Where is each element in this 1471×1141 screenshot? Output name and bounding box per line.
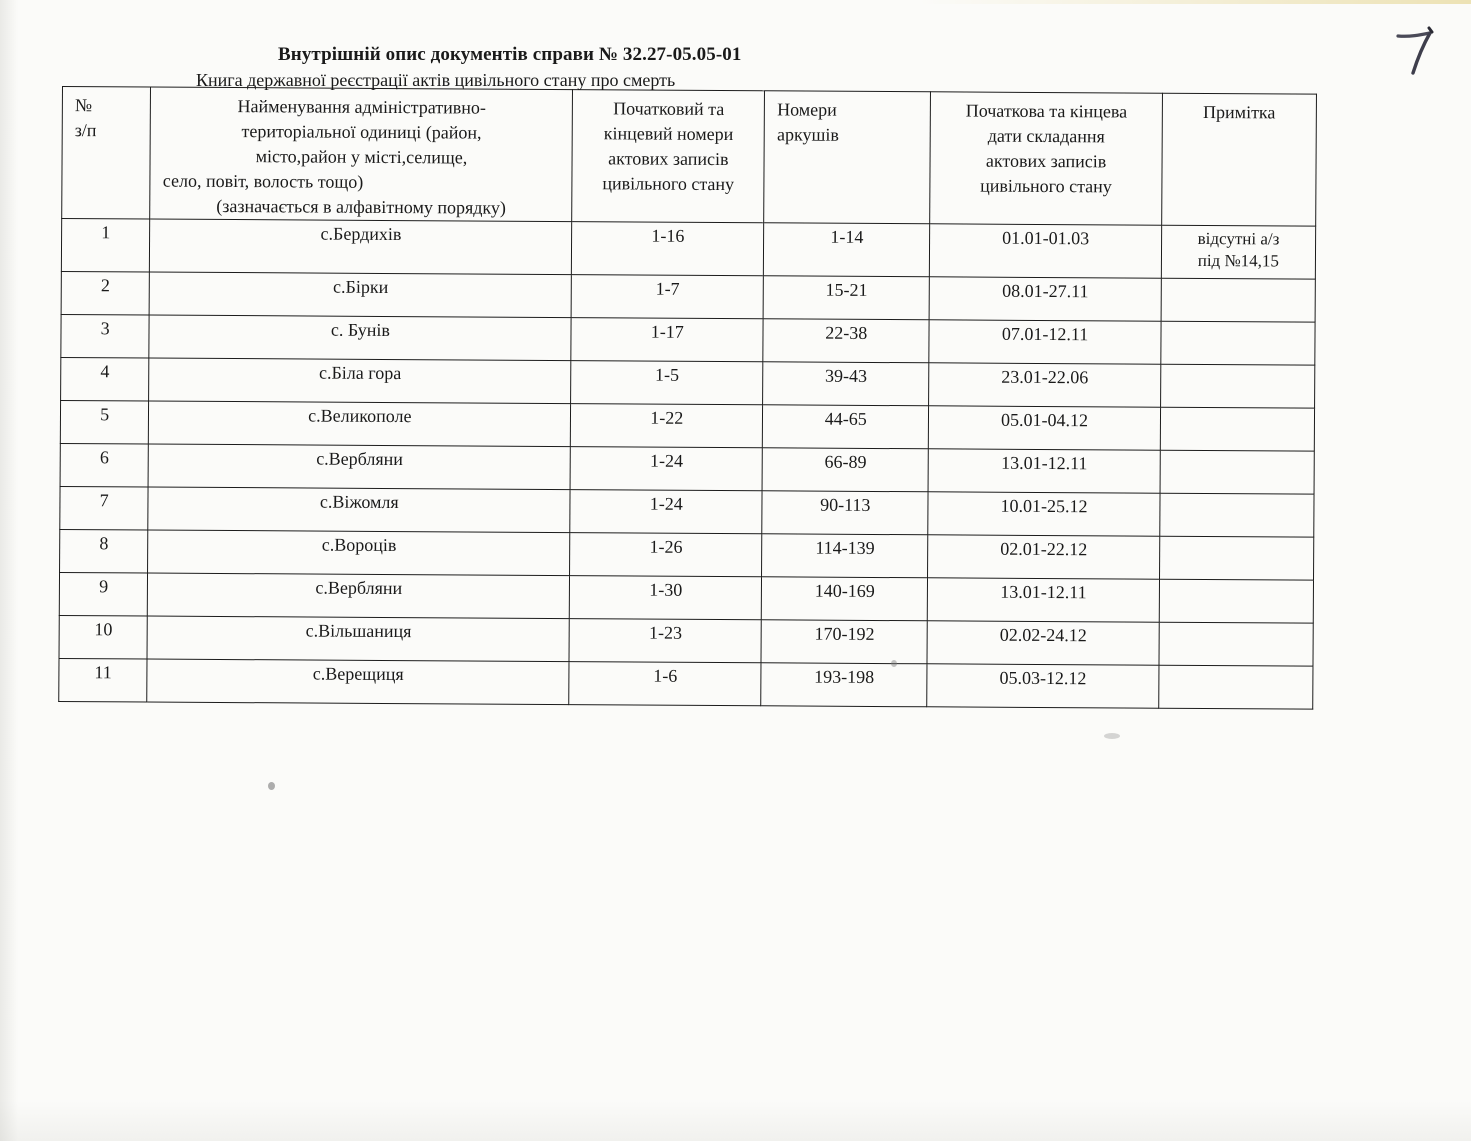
unit-name: с.Верещиця bbox=[147, 659, 569, 705]
row-number: 8 bbox=[60, 529, 149, 573]
row-number: 3 bbox=[61, 314, 150, 358]
record-range: 1-24 bbox=[570, 447, 762, 491]
sheet-numbers: 114-139 bbox=[762, 534, 928, 578]
table-row: 11с.Верещиця1-6193-19805.03-12.12 bbox=[59, 658, 1313, 709]
unit-name: с.Вербляни bbox=[148, 573, 570, 619]
note bbox=[1161, 321, 1315, 365]
date-range: 10.01-25.12 bbox=[928, 492, 1160, 536]
note: відсутні а/зпід №14,15 bbox=[1161, 225, 1316, 279]
sheet-numbers: 15-21 bbox=[763, 276, 929, 320]
row-number: 4 bbox=[61, 357, 150, 401]
row-number: 10 bbox=[59, 615, 148, 659]
date-range: 02.02-24.12 bbox=[927, 621, 1159, 665]
date-range: 23.01-22.06 bbox=[929, 363, 1161, 407]
record-range: 1-30 bbox=[570, 576, 762, 620]
record-range: 1-24 bbox=[570, 490, 762, 534]
table-row: 8с.Вороців1-26114-13902.01-22.12 bbox=[60, 529, 1314, 580]
note bbox=[1160, 364, 1314, 408]
paper-speck bbox=[268, 782, 275, 790]
table-row: 9с.Вербляни1-30140-16913.01-12.11 bbox=[59, 572, 1313, 623]
table-row: 4с.Біла гора1-539-4323.01-22.06 bbox=[61, 357, 1315, 408]
note bbox=[1159, 665, 1313, 709]
header-unit-name: Найменування адміністративно- територіал… bbox=[150, 87, 573, 222]
note bbox=[1159, 579, 1313, 623]
record-range: 1-17 bbox=[571, 318, 763, 362]
table-row: 6с.Вербляни1-2466-8913.01-12.11 bbox=[60, 443, 1314, 494]
row-number: 1 bbox=[61, 219, 150, 273]
sheet-numbers: 140-169 bbox=[762, 577, 928, 621]
date-range: 13.01-12.11 bbox=[928, 578, 1160, 622]
date-range: 13.01-12.11 bbox=[928, 449, 1160, 493]
record-range: 1-22 bbox=[571, 404, 763, 448]
paper-edge-strip bbox=[920, 0, 1471, 4]
sheet-numbers: 170-192 bbox=[761, 620, 927, 664]
note bbox=[1160, 493, 1314, 537]
record-range: 1-7 bbox=[571, 275, 763, 319]
header-number: № з/п bbox=[62, 87, 151, 220]
record-range: 1-26 bbox=[570, 533, 762, 577]
handwritten-page-number bbox=[1390, 20, 1450, 80]
unit-name: с.Великополе bbox=[149, 401, 571, 447]
unit-name: с.Бердихів bbox=[150, 219, 572, 275]
row-number: 6 bbox=[60, 443, 149, 487]
note bbox=[1159, 622, 1313, 666]
record-range: 1-23 bbox=[569, 619, 761, 663]
unit-name: с.Вербляни bbox=[148, 444, 570, 490]
date-range: 05.01-04.12 bbox=[929, 406, 1161, 450]
sheet-numbers: 1-14 bbox=[764, 223, 930, 277]
document-register-table: № з/п Найменування адміністративно- тери… bbox=[58, 86, 1317, 710]
note bbox=[1160, 450, 1314, 494]
record-range: 1-6 bbox=[569, 662, 761, 706]
sheet-numbers: 66-89 bbox=[762, 448, 928, 492]
sheet-numbers: 44-65 bbox=[763, 405, 929, 449]
table-row: 3с. Бунів1-1722-3807.01-12.11 bbox=[61, 314, 1315, 365]
table-row: 7с.Віжомля1-2490-11310.01-25.12 bbox=[60, 486, 1314, 537]
unit-name: с.Біла гора bbox=[149, 358, 571, 404]
row-number: 2 bbox=[61, 271, 150, 315]
header-note: Примітка bbox=[1161, 93, 1316, 226]
unit-name: с.Бірки bbox=[149, 272, 571, 318]
sheet-numbers: 22-38 bbox=[763, 319, 929, 363]
date-range: 07.01-12.11 bbox=[929, 320, 1161, 364]
date-range: 05.03-12.12 bbox=[927, 664, 1159, 708]
header-dates: Початкова та кінцева дати складання акто… bbox=[930, 92, 1162, 225]
header-record-range: Початковий та кінцевий номери актових за… bbox=[572, 90, 765, 223]
record-range: 1-16 bbox=[572, 222, 764, 276]
table-body: 1с.Бердихів1-161-1401.01-01.03відсутні а… bbox=[59, 219, 1316, 710]
unit-name: с.Віжомля bbox=[148, 487, 570, 533]
table-row: 10с.Вільшаниця1-23170-19202.02-24.12 bbox=[59, 615, 1313, 666]
date-range: 01.01-01.03 bbox=[930, 224, 1162, 278]
row-number: 5 bbox=[60, 400, 149, 444]
table-row: 2с.Бірки1-715-2108.01-27.11 bbox=[61, 271, 1315, 322]
row-number: 11 bbox=[59, 658, 148, 702]
sheet-numbers: 39-43 bbox=[763, 362, 929, 406]
unit-name: с. Бунів bbox=[149, 315, 571, 361]
date-range: 02.01-22.12 bbox=[928, 535, 1160, 579]
table-header-row: № з/п Найменування адміністративно- тери… bbox=[62, 87, 1317, 227]
header-sheet-numbers: Номери аркушів bbox=[764, 91, 931, 224]
sheet-numbers: 90-113 bbox=[762, 491, 928, 535]
paper-speck bbox=[891, 660, 897, 667]
document-title: Внутрішній опис документів справи № 32.2… bbox=[278, 44, 741, 66]
note bbox=[1160, 407, 1314, 451]
row-number: 9 bbox=[59, 572, 148, 616]
unit-name: с.Вільшаниця bbox=[147, 616, 569, 662]
unit-name: с.Вороців bbox=[148, 530, 570, 576]
note bbox=[1161, 278, 1315, 322]
table-row: 1с.Бердихів1-161-1401.01-01.03відсутні а… bbox=[61, 219, 1315, 280]
sheet-numbers: 193-198 bbox=[761, 663, 927, 707]
row-number: 7 bbox=[60, 486, 149, 530]
date-range: 08.01-27.11 bbox=[929, 277, 1161, 321]
record-range: 1-5 bbox=[571, 361, 763, 405]
note bbox=[1159, 536, 1313, 580]
paper-speck bbox=[1104, 733, 1120, 739]
table-row: 5с.Великополе1-2244-6505.01-04.12 bbox=[60, 400, 1314, 451]
